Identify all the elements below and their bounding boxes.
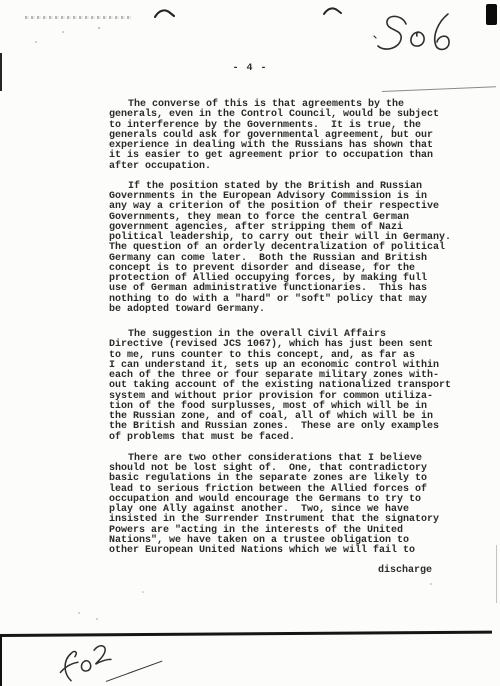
squiggle-mark-icon bbox=[323, 7, 342, 16]
ink-speck bbox=[142, 591, 144, 593]
scan-edge-artifact bbox=[496, 545, 497, 603]
scan-edge-artifact bbox=[0, 636, 2, 686]
handwriting-top-right bbox=[372, 6, 462, 58]
text-line: it is easier to get agreement prior to o… bbox=[109, 151, 469, 161]
text-line: after occupation. bbox=[109, 162, 469, 172]
text-line: Directive (revised JCS 1067), which has … bbox=[109, 340, 469, 350]
text-line: basic regulations in the separate zones … bbox=[109, 474, 469, 484]
paragraph: There are two other considerations that … bbox=[109, 454, 469, 557]
ink-speck bbox=[78, 612, 80, 614]
page-number: - 4 - bbox=[0, 63, 500, 74]
text-line: any way a criterion of the position of t… bbox=[109, 202, 469, 212]
scan-corner-artifact bbox=[486, 4, 497, 25]
text-line: other European United Nations which we w… bbox=[109, 546, 469, 556]
text-line: generals, even in the Control Council, w… bbox=[109, 110, 469, 120]
text-line: the British and Russian zones. These are… bbox=[109, 422, 469, 432]
paragraph: The converse of this is that agreements … bbox=[109, 100, 469, 172]
catchword: discharge bbox=[109, 566, 469, 576]
scan-border-line bbox=[0, 631, 492, 637]
handwriting-bottom-left bbox=[52, 642, 118, 682]
ink-speck bbox=[98, 27, 100, 29]
text-block: The converse of this is that agreements … bbox=[109, 100, 469, 577]
paragraph: The suggestion in the overall Civil Affa… bbox=[109, 330, 469, 443]
text-line: be adopted toward Germany. bbox=[109, 305, 469, 315]
text-line: The question of an orderly decentralizat… bbox=[109, 243, 469, 253]
ink-speck bbox=[62, 31, 64, 33]
ink-speck bbox=[96, 618, 98, 620]
text-line: insisted in the Surrender Instrument tha… bbox=[109, 515, 469, 525]
text-line: of problems that must be faced. bbox=[109, 433, 469, 443]
document-page: - 4 - The converse of this is that agree… bbox=[0, 0, 500, 686]
ink-speck bbox=[35, 41, 37, 43]
paragraph: If the position stated by the British an… bbox=[109, 182, 469, 315]
text-line: use of German administrative functionari… bbox=[109, 284, 469, 294]
ink-speck bbox=[430, 583, 432, 585]
text-line: out taking account of the existing natio… bbox=[109, 381, 469, 391]
scan-smudge-line bbox=[25, 16, 133, 19]
underline-mark bbox=[382, 86, 496, 92]
squiggle-mark-icon bbox=[154, 9, 175, 19]
